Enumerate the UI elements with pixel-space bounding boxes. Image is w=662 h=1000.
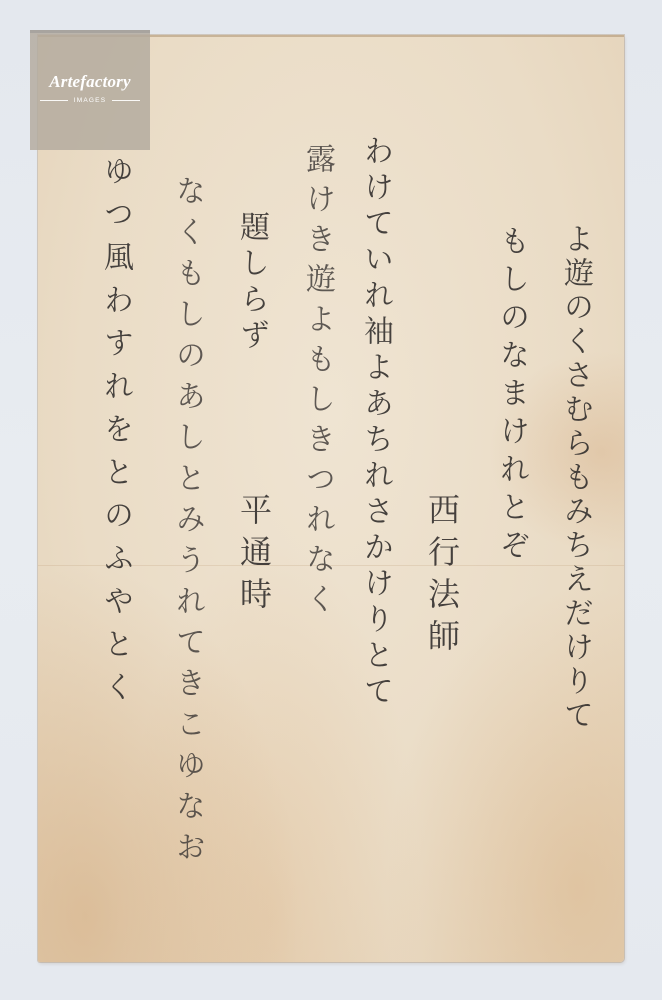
- artefactory-watermark: Artefactory IMAGES: [30, 30, 150, 150]
- watermark-subtitle-row: IMAGES: [40, 97, 140, 104]
- watermark-rule-left: [40, 100, 68, 101]
- poet-name-michitoki: 平通時: [238, 493, 270, 619]
- watermark-rule-right: [112, 100, 140, 101]
- heading-dai-shirazu: 題しらず: [236, 211, 266, 355]
- text-column-5: 露けき遊よもしきつれなく: [302, 143, 332, 623]
- text-column-9: ゆつ風わすれをとのふやとく: [100, 155, 130, 714]
- scan-background: よ遊のくさむらもみちえだけりて もしのなまけれとぞ 西行法師 わけていれ袖よあち…: [0, 0, 662, 1000]
- text-column-8: なくもしのあしとみうれてきこゆなお: [172, 175, 202, 872]
- text-column-1: よ遊のくさむらもみちえだけりて: [560, 223, 590, 733]
- poet-name-saigyo: 西行法師: [426, 493, 458, 661]
- watermark-subtitle: IMAGES: [74, 97, 106, 104]
- text-column-2: もしのなまけれとぞ: [496, 225, 526, 567]
- text-column-4: わけていれ袖よあちれさかけりとて: [360, 135, 390, 711]
- manuscript-paper: よ遊のくさむらもみちえだけりて もしのなまけれとぞ 西行法師 わけていれ袖よあち…: [38, 35, 624, 962]
- watermark-title: Artefactory: [30, 72, 150, 92]
